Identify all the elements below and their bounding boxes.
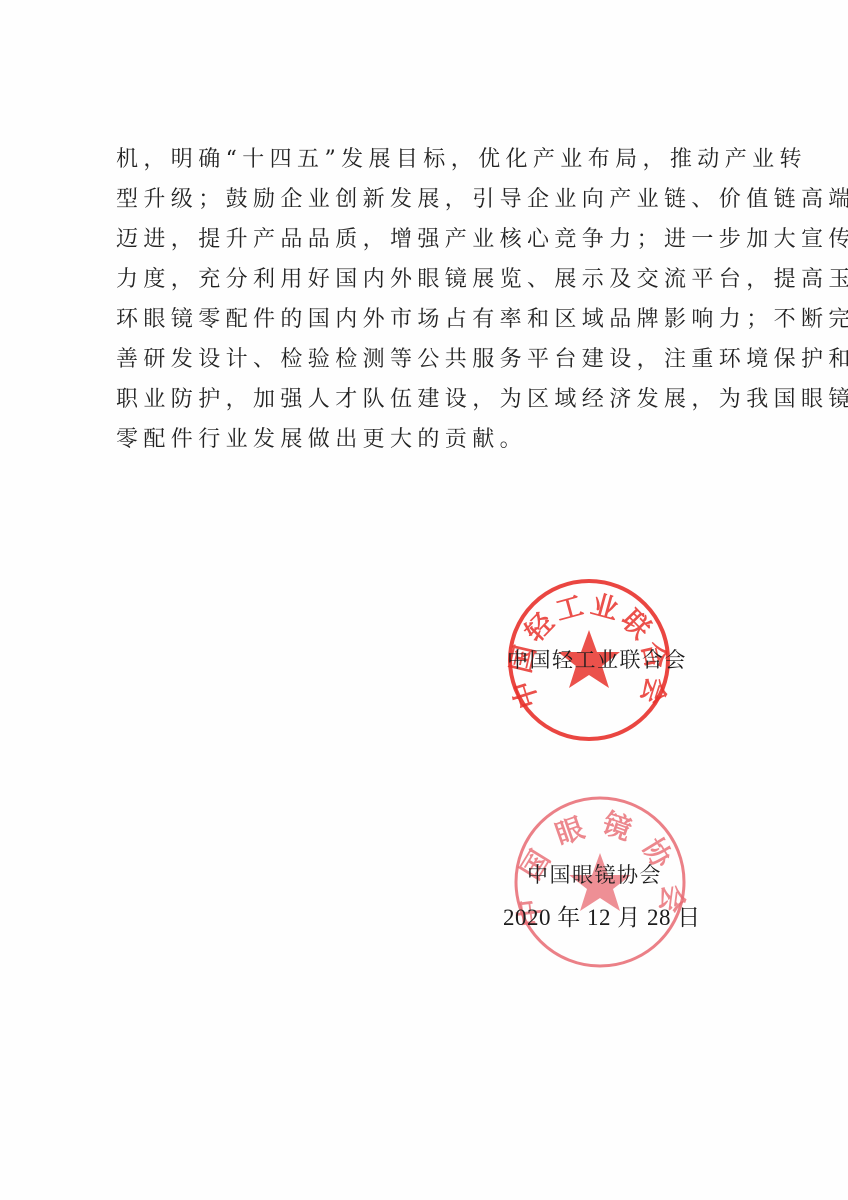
- body-line: 机，明确“十四五”发展目标，优化产业布局，推动产业转: [116, 140, 736, 180]
- signatory-optical-association: 中国眼镜协会: [527, 862, 662, 888]
- signatory-light-industry-council: 中国轻工业联合会: [507, 647, 687, 673]
- body-line: 零配件行业发展做出更大的贡献。: [116, 420, 736, 460]
- signature-date: 2020 年 12 月 28 日: [503, 905, 701, 931]
- body-line: 环眼镜零配件的国内外市场占有率和区域品牌影响力；不断完: [116, 300, 736, 340]
- body-text: 机，明确“十四五”发展目标，优化产业布局，推动产业转 型升级；鼓励企业创新发展，…: [116, 140, 736, 460]
- body-line: 职业防护，加强人才队伍建设，为区域经济发展，为我国眼镜: [116, 380, 736, 420]
- body-line: 型升级；鼓励企业创新发展，引导企业向产业链、价值链高端: [116, 180, 736, 220]
- body-line: 力度，充分利用好国内外眼镜展览、展示及交流平台，提高玉: [116, 260, 736, 300]
- body-line: 迈进，提升产品品质，增强产业核心竞争力；进一步加大宣传: [116, 220, 736, 260]
- body-line: 善研发设计、检验检测等公共服务平台建设，注重环境保护和: [116, 340, 736, 380]
- document-page: 机，明确“十四五”发展目标，优化产业布局，推动产业转 型升级；鼓励企业创新发展，…: [0, 0, 848, 1200]
